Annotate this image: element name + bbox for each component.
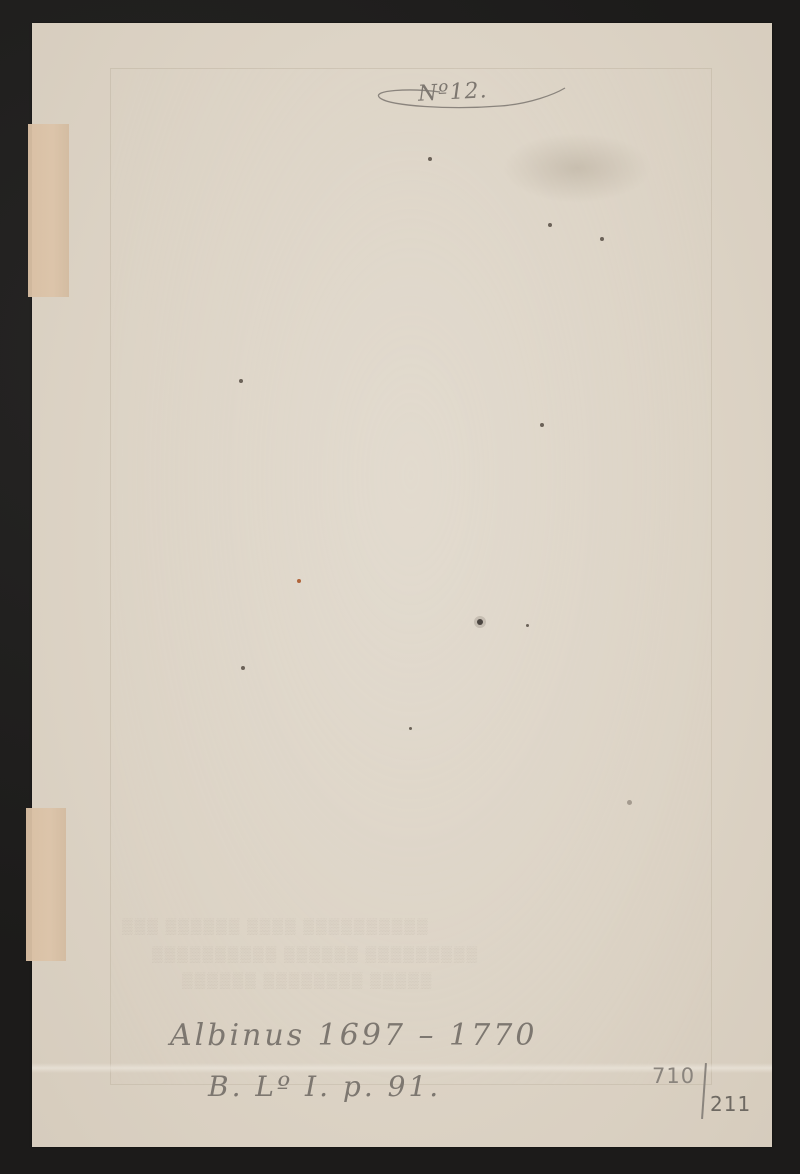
- inventory-number-left: 710: [652, 1064, 695, 1088]
- paper-speck: [627, 800, 632, 805]
- inventory-number-right: 211: [710, 1092, 751, 1116]
- paper-speck: [239, 379, 243, 383]
- reference-annotation: B. Lº I. p. 91.: [208, 1070, 441, 1103]
- paper-speck: [477, 619, 483, 625]
- paper-speck: [548, 223, 552, 227]
- paper-speck: [241, 666, 245, 670]
- hinge-tape-bottom: [26, 808, 66, 961]
- show-through-text: ▒▒▒ ▒▒▒▒▒▒ ▒▒▒▒ ▒▒▒▒▒▒▒▒▒▒: [122, 919, 430, 936]
- catalog-number: Nº12.: [417, 78, 488, 107]
- paper-speck: [540, 423, 544, 427]
- paper-speck: [600, 237, 604, 241]
- show-through-text: ▒▒▒▒▒▒ ▒▒▒▒▒▒▒▒ ▒▒▒▒▒: [182, 973, 433, 990]
- artist-annotation: Albinus 1697 – 1770: [170, 1018, 537, 1053]
- paper-speck: [526, 624, 529, 627]
- foxing-stain: [502, 133, 652, 203]
- show-through-text: ▒▒▒▒▒▒▒▒▒▒ ▒▒▒▒▒▒ ▒▒▒▒▒▒▒▒▒: [152, 947, 479, 964]
- paper-speck: [428, 157, 432, 161]
- paper-sheet: ▒▒▒ ▒▒▒▒▒▒ ▒▒▒▒ ▒▒▒▒▒▒▒▒▒▒ ▒▒▒▒▒▒▒▒▒▒ ▒▒…: [32, 23, 772, 1147]
- hinge-tape-top: [28, 124, 69, 297]
- paper-speck: [409, 727, 412, 730]
- paper-speck: [297, 579, 301, 583]
